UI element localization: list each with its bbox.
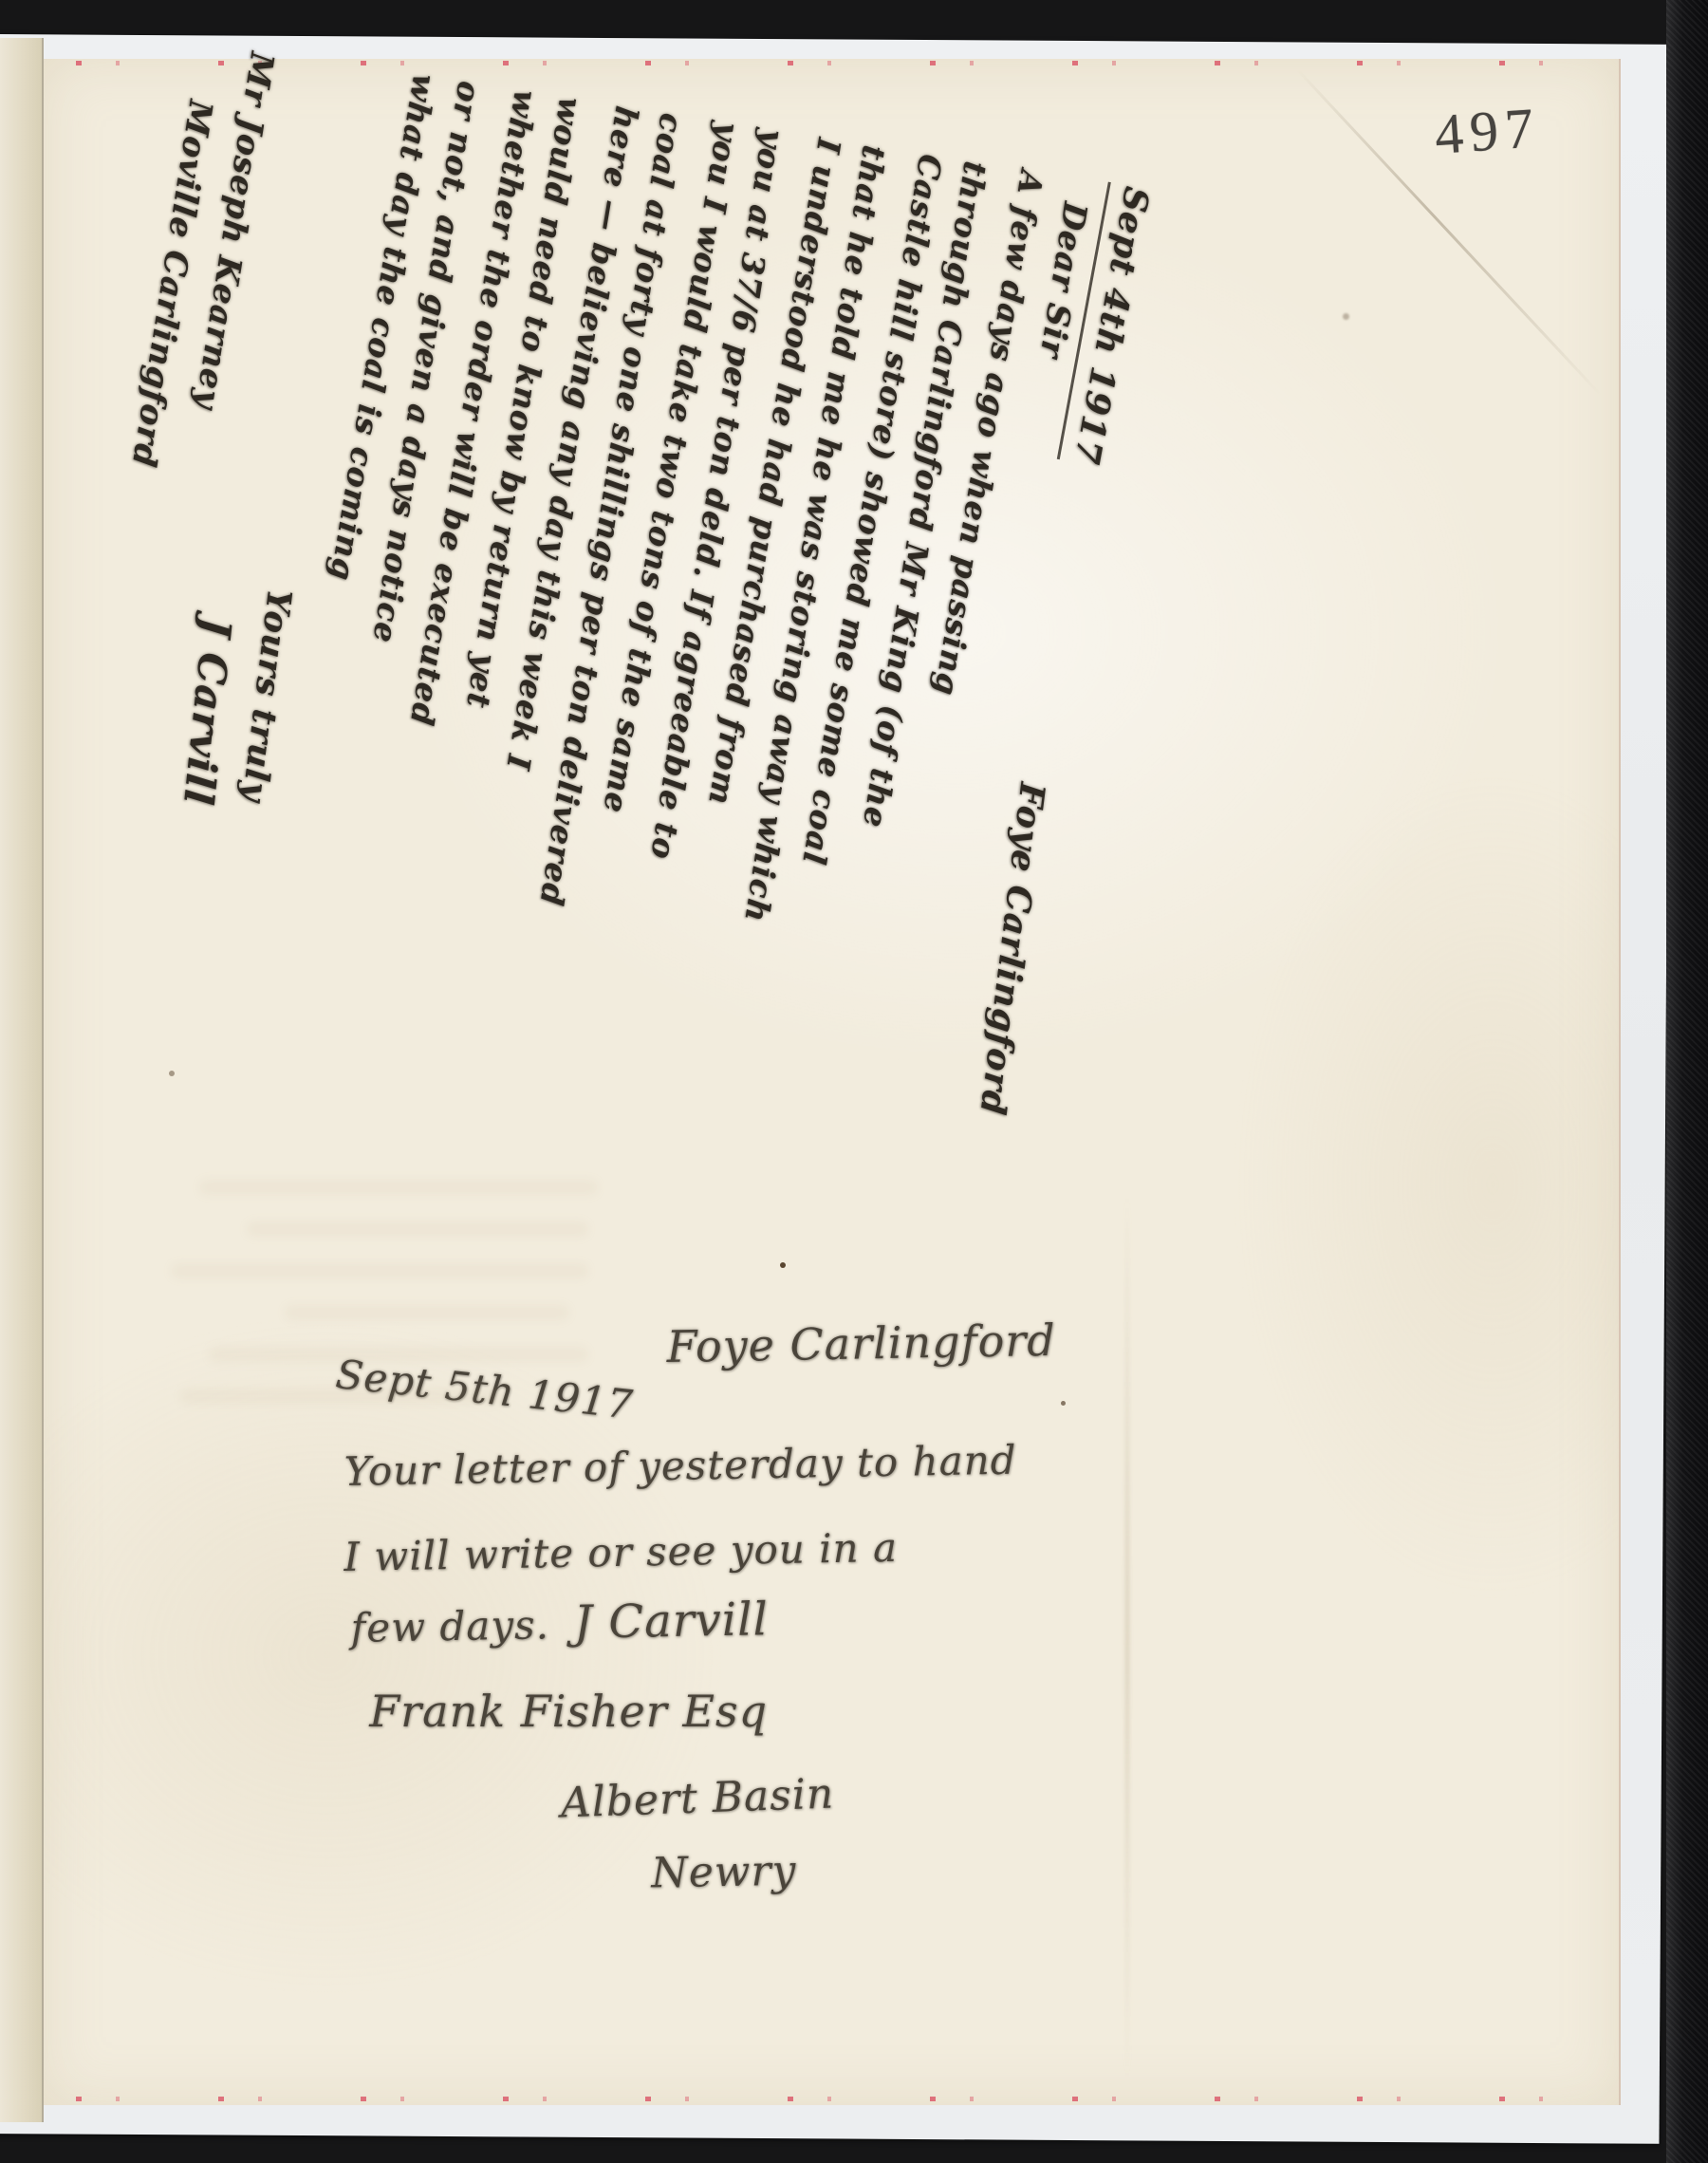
recipient-line: Frank Fisher Esq: [369, 1686, 768, 1737]
recipient-line: Newry: [651, 1847, 797, 1898]
red-edge-speckles-bottom: [44, 2097, 1619, 2101]
ghost-impressions: [114, 1153, 645, 1561]
letterbook-scan: 497 Sept 4th 1917 Foye Carlingford Dear …: [0, 0, 1708, 2163]
previous-page-edge: [0, 38, 44, 2122]
recipient-line: Albert Basin: [560, 1769, 835, 1827]
letter-place: Foye Carlingford: [666, 1315, 1056, 1372]
letter-line: few days.J Carvill: [350, 1593, 769, 1653]
signature: J Carvill: [573, 1593, 769, 1650]
book-cover-edge: [1666, 0, 1708, 2163]
letter-sept4: Sept 4th 1917 Foye Carlingford Dear Sir …: [6, 32, 1160, 1147]
page-number: 497: [1433, 95, 1543, 168]
ink-speck: [780, 1262, 786, 1268]
ink-speck: [1343, 313, 1349, 320]
ink-speck: [169, 1071, 175, 1076]
ink-speck: [1061, 1401, 1066, 1406]
letter-line-text: few days.: [350, 1601, 549, 1651]
